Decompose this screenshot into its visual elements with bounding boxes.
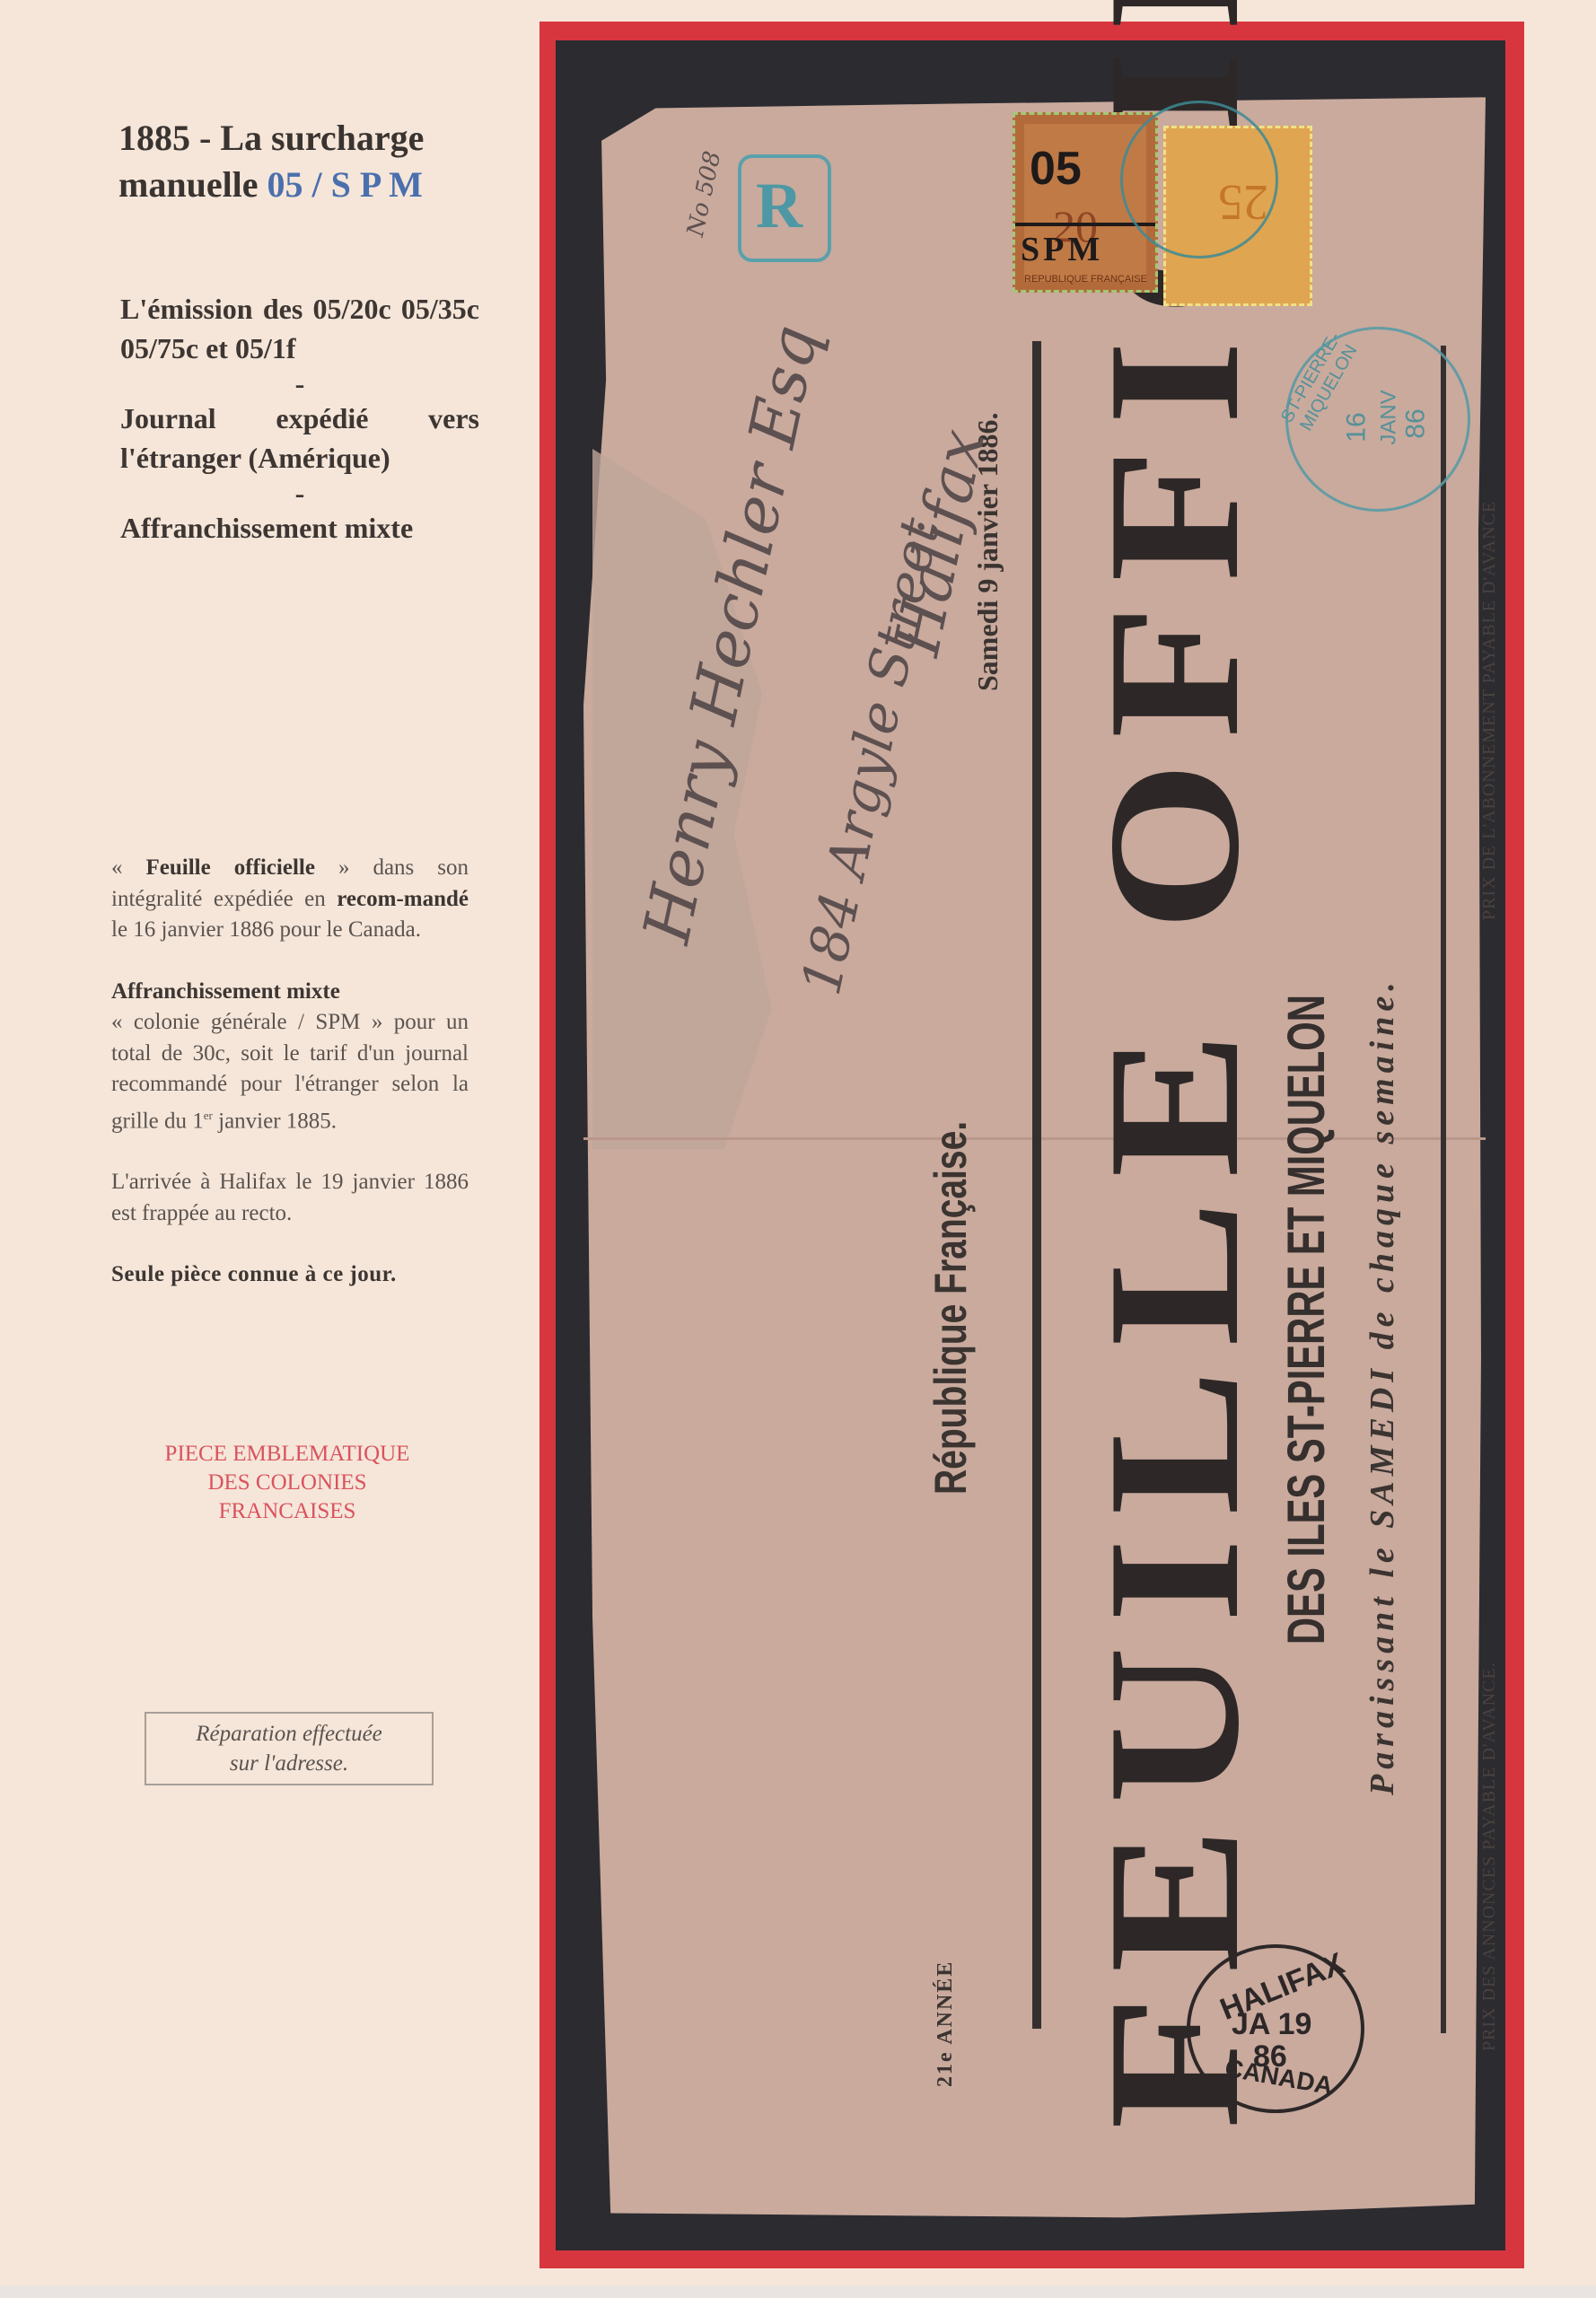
registered-mark: R: [738, 154, 831, 262]
masthead-title: FEUILLE OFFICIELLE: [1066, 0, 1283, 2129]
arrival-postmark-halifax: HALIFAX JA 19 86 CANADA: [1187, 1944, 1364, 2113]
repair-note-box: Réparation effectuée sur l'adresse.: [145, 1712, 434, 1785]
title-prefix: manuelle: [118, 164, 267, 205]
intro-journal: Journal expédié vers l'étranger (Amériqu…: [120, 399, 479, 478]
overprint-05: 05: [1030, 142, 1082, 196]
overprint-spm: SPM: [1021, 230, 1103, 269]
ads-price-note: PRIX DES ANNONCES PAYABLE D'AVANCE.: [1479, 1662, 1500, 2051]
publication-frequency: Paraissant le SAMEDI de chaque semaine.: [1363, 977, 1402, 1795]
intro-separator: -: [120, 478, 479, 508]
subscription-price-note: PRIX DE L'ABONNEMENT PAYABLE D'AVANCE: [1479, 501, 1500, 920]
emblem-label: PIECE EMBLEMATIQUE DES COLONIES FRANCAIS…: [117, 1440, 458, 1526]
title-accent: 05 / S P M: [267, 164, 423, 205]
scan-edge: [0, 2285, 1596, 2298]
origin-cancel-on-stamps: [1120, 101, 1278, 259]
intro-emissions: L'émission des 05/20c 05/35c 05/75c et 0…: [120, 289, 479, 368]
masthead-subtitle: DES ILES ST-PIERRE ET MIQUELON: [1276, 995, 1337, 1645]
rule-left: [1032, 341, 1041, 2029]
rule-right: [1441, 346, 1446, 2033]
title-line-1: 1885 - La surcharge: [118, 115, 495, 162]
title-line-2: manuelle 05 / S P M: [118, 162, 495, 208]
intro-block: L'émission des 05/20c 05/35c 05/75c et 0…: [120, 289, 479, 548]
note-arrivee: L'arrivée à Halifax le 19 janvier 1886 e…: [111, 1167, 469, 1229]
exhibit-title: 1885 - La surcharge manuelle 05 / S P M: [118, 115, 495, 208]
intro-separator: -: [120, 368, 479, 399]
intro-affranchissement: Affranchissement mixte: [120, 508, 479, 548]
note-unique: Seule pièce connue à ce jour.: [111, 1259, 469, 1291]
origin-postmark-st-pierre: ST-PIERRE-MIQUELON 16 JANV 86: [1285, 327, 1470, 512]
note-affranchissement: Affranchissement mixte« colonie générale…: [111, 977, 469, 1137]
note-feuille: « Feuille officielle » dans son intégral…: [111, 853, 469, 946]
republique-francaise: République Française.: [925, 1121, 977, 1495]
issue-year: 21e ANNÉE: [934, 1960, 958, 2087]
description-notes: « Feuille officielle » dans son intégral…: [111, 853, 469, 1321]
